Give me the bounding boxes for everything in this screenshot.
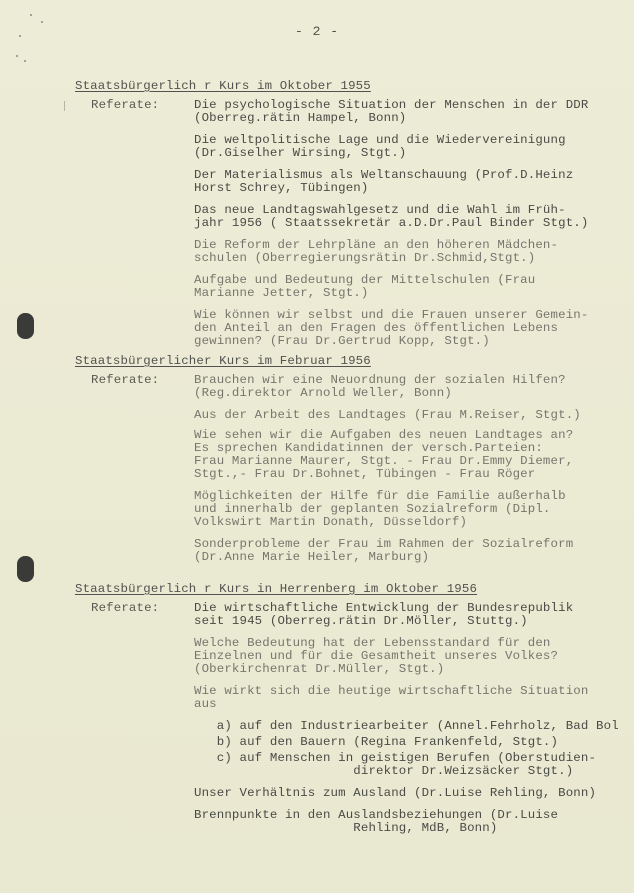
lecture-entry-line: b) auf den Bauern (Regina Frankenfeld, S… <box>194 736 558 749</box>
referate-label: Referate: <box>91 99 159 112</box>
page-number: - 2 - <box>0 24 634 39</box>
lecture-entry-line: gewinnen? (Frau Dr.Gertrud Kopp, Stgt.) <box>194 335 490 348</box>
punch-hole <box>17 313 34 339</box>
lecture-entry-line: Stgt.,- Frau Dr.Bohnet, Tübingen - Frau … <box>194 468 535 481</box>
lecture-entry-line: Rehling, MdB, Bonn) <box>194 822 497 835</box>
referate-label: Referate: <box>91 602 159 615</box>
lecture-entry-line: (Oberreg.rätin Hampel, Bonn) <box>194 112 406 125</box>
lecture-entry-line: Volkswirt Martin Donath, Düsseldorf) <box>194 516 467 529</box>
referate-label: Referate: <box>91 374 159 387</box>
lecture-entry-line: seit 1945 (Oberreg.rätin Dr.Möller, Stut… <box>194 615 528 628</box>
lecture-entry-line: a) auf den Industriearbeiter (Annel.Fehr… <box>194 720 619 733</box>
lecture-entry-line: Unser Verhältnis zum Ausland (Dr.Luise R… <box>194 787 596 800</box>
section-heading: Staatsbürgerlicher Kurs im Februar 1956 <box>75 355 371 368</box>
lecture-entry-line: Marianne Jetter, Stgt.) <box>194 287 368 300</box>
lecture-entry-line: (Dr.Anne Marie Heiler, Marburg) <box>194 551 429 564</box>
lecture-entry-line: aus <box>194 698 217 711</box>
lecture-entry-line: (Reg.direktor Arnold Weller, Bonn) <box>194 387 452 400</box>
section-heading: Staatsbürgerlich r Kurs in Herrenberg im… <box>75 583 477 596</box>
document-page: - 2 - Staatsbürgerlich r Kurs im Oktober… <box>0 0 634 893</box>
lecture-entry-line: schulen (Oberregierungsrätin Dr.Schmid,S… <box>194 252 535 265</box>
paper-speck <box>41 21 43 23</box>
paper-speck <box>30 14 32 16</box>
lecture-entry-line: Aus der Arbeit des Landtages (Frau M.Rei… <box>194 409 581 422</box>
margin-mark <box>64 101 65 111</box>
section-heading: Staatsbürgerlich r Kurs im Oktober 1955 <box>75 80 371 93</box>
lecture-entry-line: Horst Schrey, Tübingen) <box>194 182 368 195</box>
lecture-entry-line: (Oberkirchenrat Dr.Müller, Stgt.) <box>194 663 444 676</box>
paper-speck <box>24 60 26 62</box>
lecture-entry-line: Wie wirkt sich die heutige wirtschaftlic… <box>194 685 588 698</box>
lecture-entry-line: direktor Dr.Weizsäcker Stgt.) <box>194 765 573 778</box>
paper-speck <box>16 55 18 57</box>
punch-hole <box>17 556 34 582</box>
lecture-entry-line: jahr 1956 ( Staatssekretär a.D.Dr.Paul B… <box>194 217 588 230</box>
lecture-entry-line: (Dr.Giselher Wirsing, Stgt.) <box>194 147 406 160</box>
